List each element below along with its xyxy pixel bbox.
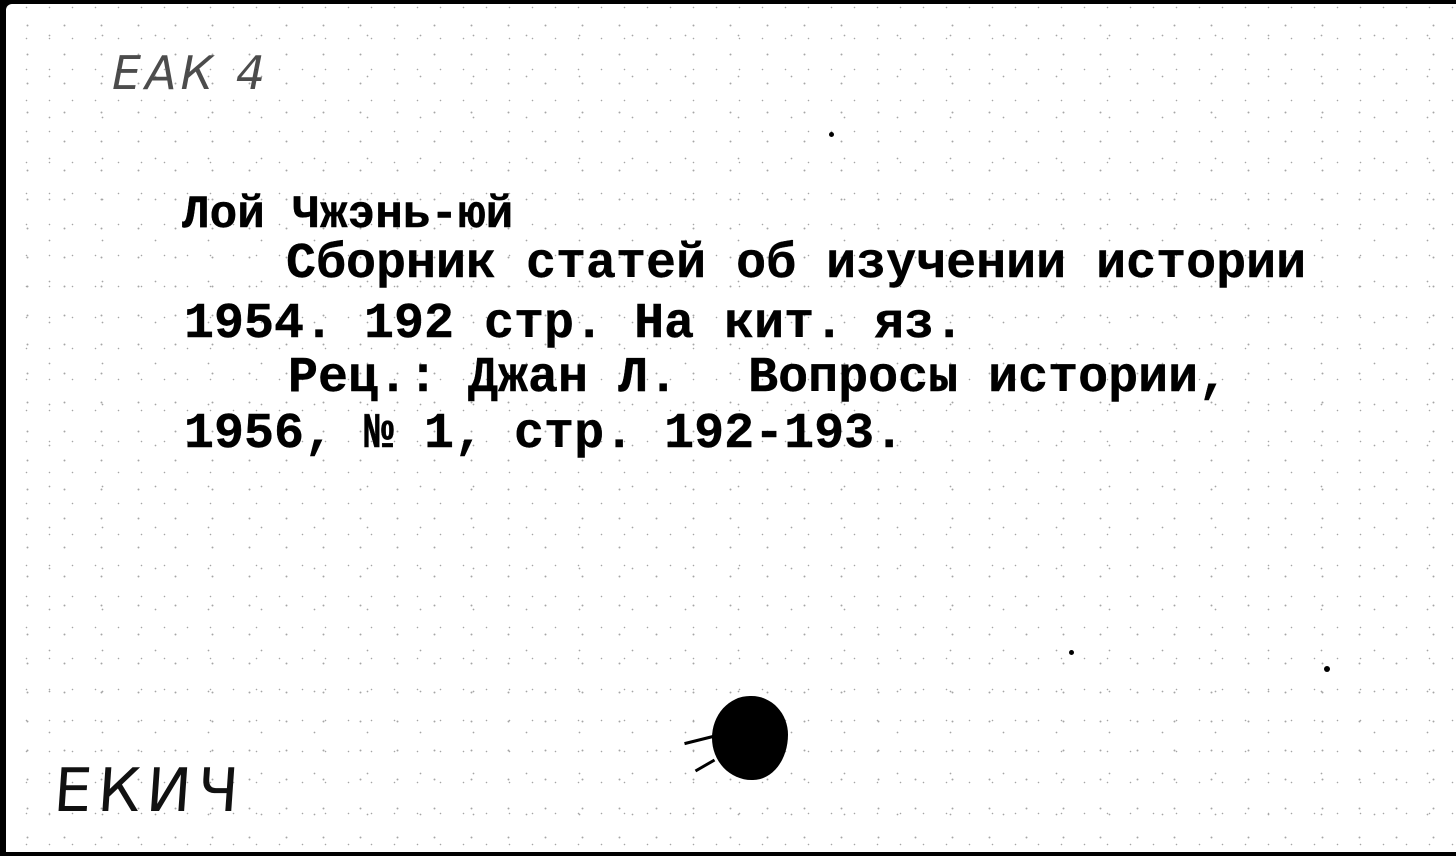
review-line: Рец.: Джан Л.Вопросы истории,	[288, 354, 1228, 404]
punch-hole-tear	[695, 759, 716, 773]
ink-speck	[1324, 666, 1330, 672]
review-journal: Вопросы истории,	[748, 350, 1228, 407]
catalog-card: ЕАК 4 Лой Чжэнь-юй Сборник статей об изу…	[6, 4, 1456, 852]
review-source: 1956, № 1, стр. 192-193.	[184, 410, 904, 460]
handwritten-shelf-mark: ЕАК 4	[112, 46, 269, 100]
review-label: Рец.:	[288, 350, 438, 407]
ink-speck	[1069, 650, 1074, 655]
punch-hole	[712, 696, 788, 780]
ink-speck	[829, 132, 834, 137]
handwritten-code: ЕКИЧ	[52, 756, 247, 826]
book-title: Сборник статей об изучении истории	[286, 240, 1306, 290]
publication-info: 1954. 192 стр. На кит. яз.	[184, 300, 964, 350]
author-name: Лой Чжэнь-юй	[182, 192, 513, 238]
reviewer-name: Джан Л.	[468, 350, 678, 407]
